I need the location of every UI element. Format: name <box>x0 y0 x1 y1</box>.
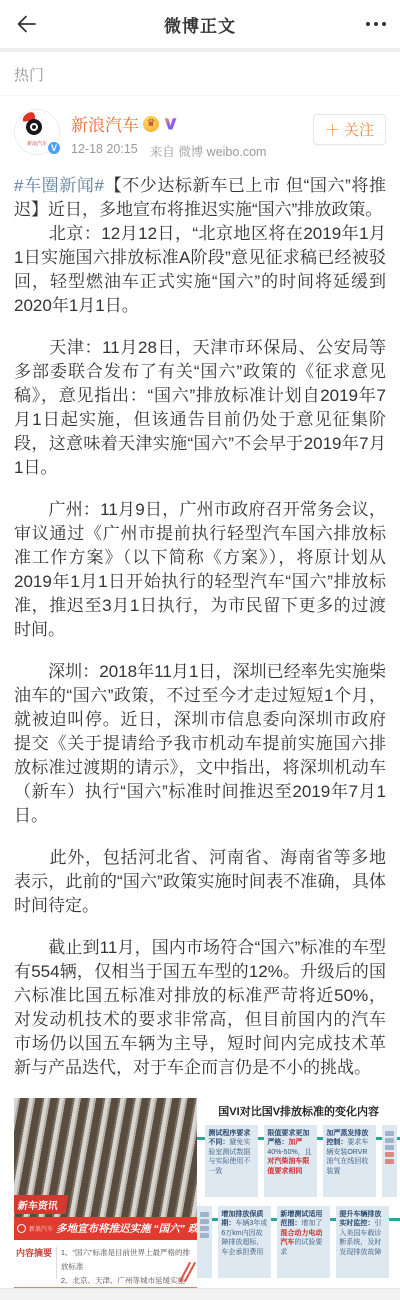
chart-box-cropped <box>197 1206 212 1278</box>
image-chart-panel: 国VI对比国V排放标准的变化内容 测试程序要求不同：避免实验室测试数据与实际使用… <box>197 1098 400 1288</box>
author-name[interactable]: 新浪汽车 <box>71 111 139 136</box>
paragraph-market-stats: 截止到11月，国内市场符合“国六”标准的车型有554辆，仅相当于国五车型的12%… <box>14 936 386 1080</box>
banner-logo-text: 新浪汽车 <box>29 1224 53 1233</box>
paragraph-shenzhen: 深圳：2018年11月1日，深圳已经率先实施柴油车的“国六”政策，不过至今才走过… <box>14 660 386 828</box>
summary-title: 内容摘要 <box>16 1245 56 1285</box>
post-source: 来自 微博 weibo.com <box>150 142 267 160</box>
post-timestamp: 12-18 20:15 <box>71 142 138 160</box>
sina-eye-icon <box>26 119 42 135</box>
chart-box: 新增测试适用范围：增加了混合动力电动汽车的试验要求 <box>277 1206 330 1278</box>
post-image[interactable]: 新车资讯 新浪汽车 多地宣布将推迟实施 “国六” 政策 内容摘要 1、“国六”标… <box>14 1098 400 1288</box>
hot-section-label[interactable]: 热门 <box>0 52 400 96</box>
verified-badge-icon: V <box>46 140 62 156</box>
paragraph-guangzhou: 广州：11月9日，广州市政府召开常务会议，审议通过《广州市提前执行轻型汽车国六排… <box>14 498 386 642</box>
content-summary: 内容摘要 1、“国六”标准是目前世界上最严格的排放标准 2、北京、天津、广州等城… <box>14 1240 197 1288</box>
chart-box: 提升车辆排放实时监控：引入美国车载诊断系统，及时发现排放故障 <box>336 1206 389 1278</box>
top-nav-bar: 微博正文 <box>0 0 400 48</box>
post-header: 新浪汽车 V 新浪汽车 ♛ 12-18 20:15 来自 微博 weibo.co… <box>0 96 400 166</box>
chart-title: 国VI对比国V排放标准的变化内容 <box>197 1103 400 1119</box>
hashtag-link[interactable]: #车圈新闻# <box>14 176 104 195</box>
page-title: 微博正文 <box>164 12 236 37</box>
chart-box: 限值要求更加严格：加严40%-50%，且对汽柴油车限值要求相同 <box>264 1125 317 1197</box>
summary-item: 2、北京、天津、广州等城市延缓实施 <box>61 1274 195 1288</box>
back-button[interactable] <box>14 12 54 36</box>
chart-box: 测试程序要求不同：避免实验室测试数据与实际使用不一致 <box>205 1125 258 1197</box>
post-content: #车圈新闻#【不少达标新车已上市 但“国六”将推迟】近日，多地宣布将推迟实施“国… <box>0 166 400 1080</box>
post-lead-paragraph: #车圈新闻#【不少达标新车已上市 但“国六”将推迟】近日，多地宣布将推迟实施“国… <box>14 174 386 222</box>
decorative-slashes <box>184 1261 191 1283</box>
chart-row-2: 增加排放保质期：车辆3年或6万km内因故障排放超标，车企承担费用 新增测试适用范… <box>197 1206 400 1278</box>
bottom-divider <box>0 1288 400 1300</box>
summary-divider <box>56 1247 57 1279</box>
avatar[interactable]: 新浪汽车 V <box>14 109 60 155</box>
chart-row-1: 测试程序要求不同：避免实验室测试数据与实际使用不一致 限值要求更加严格：加严40… <box>197 1125 400 1197</box>
member-crown-icon: ♛ <box>143 116 159 132</box>
more-dots-icon <box>366 22 386 26</box>
paragraph-other-provinces: 此外，包括河北省、河南省、海南省等多地表示，此前的“国六”政策实施时间表不准确，… <box>14 846 386 918</box>
chart-box: 加严蒸发排放控制：要求车辆安装ORVR油气在线回收装置 <box>323 1125 376 1197</box>
banner-logo-icon <box>17 1224 26 1233</box>
news-tag-banner: 新车资讯 <box>14 1195 68 1214</box>
chart-box-cropped <box>382 1125 397 1197</box>
follow-button[interactable]: ＋ 关注 <box>313 114 386 145</box>
chart-box: 增加排放保质期：车辆3年或6万km内因故障排放超标，车企承担费用 <box>218 1206 271 1278</box>
banner-title: 多地宣布将推迟实施 “国六” 政策 <box>56 1221 209 1236</box>
more-button[interactable] <box>346 22 386 26</box>
summary-item: 1、“国六”标准是目前世界上最严格的排放标准 <box>61 1246 195 1274</box>
back-arrow-icon <box>14 12 38 36</box>
colorful-v-icon <box>163 116 178 131</box>
image-photo-panel: 新车资讯 新浪汽车 多地宣布将推迟实施 “国六” 政策 内容摘要 1、“国六”标… <box>14 1098 197 1288</box>
paragraph-beijing: 北京：12月12日，“北京地区将在2019年1月1日实施国六排放标准A阶段”意见… <box>14 222 386 318</box>
paragraph-tianjin: 天津：11月28日，天津市环保局、公安局等多部委联合发布了有关“国六”政策的《征… <box>14 336 386 480</box>
image-headline-banner: 新浪汽车 多地宣布将推迟实施 “国六” 政策 <box>14 1217 197 1240</box>
